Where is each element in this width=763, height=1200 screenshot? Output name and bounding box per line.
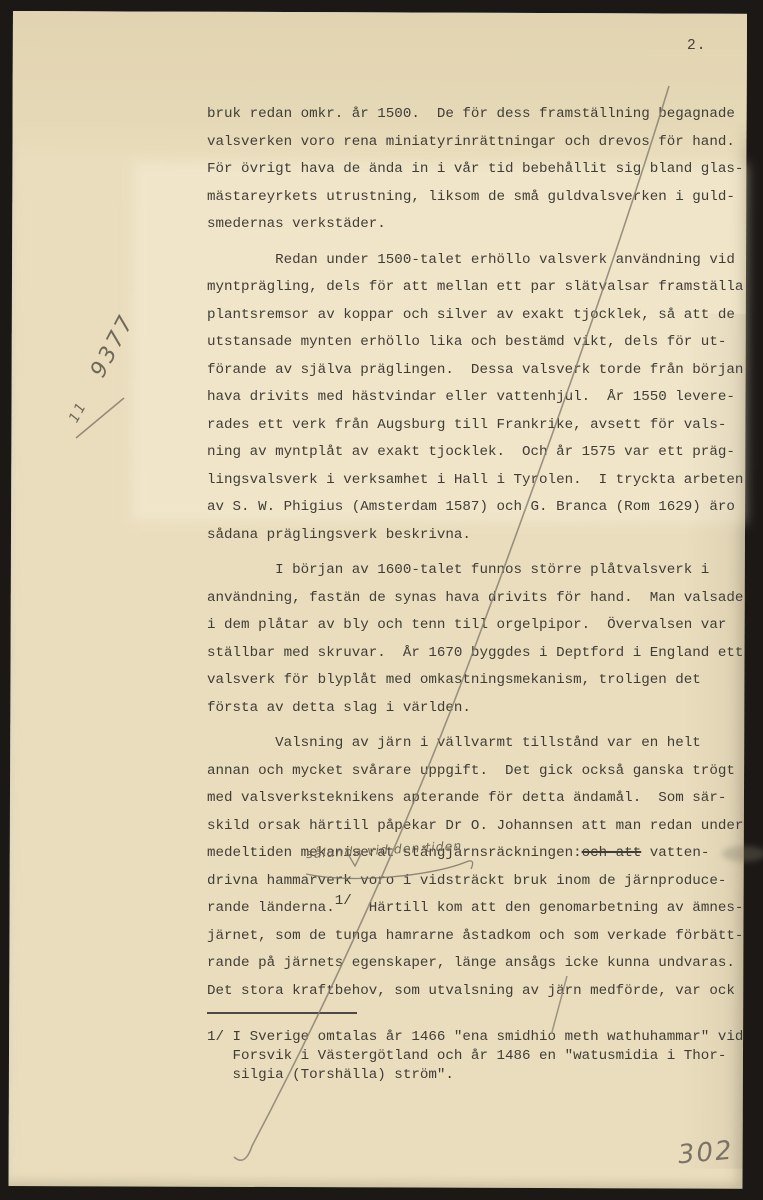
typed-line: smedernas verkstäder. [207, 211, 752, 239]
handwritten-archive-number: 302 [677, 1136, 735, 1171]
typed-line: rades ett verk från Augsburg till Frankr… [207, 412, 752, 440]
typed-line: skild orsak härtill påpekar Dr O. Johann… [207, 813, 752, 841]
footnote-line: Forsvik i Västergötland och år 1486 en "… [207, 1047, 743, 1066]
typed-line: i dem plåtar av bly och tenn till orgelp… [207, 612, 752, 640]
footnote-line: 1/ I Sverige omtalas år 1466 "ena smidhi… [207, 1028, 743, 1047]
typed-line: ning av myntplåt av exakt tjocklek. Och … [207, 439, 752, 467]
struck-text: och att [582, 845, 642, 861]
typed-line: första av detta slag i världen. [207, 695, 752, 723]
typed-line-with-footnote-ref: rande länderna.1/ Härtill kom att den ge… [207, 895, 752, 923]
typed-line: ställbar med skruvar. År 1670 byggdes i … [207, 640, 752, 668]
typed-line: lingsvalsverk i verksamhet i Hall i Tyro… [207, 467, 752, 495]
typed-line: mästareyrkets utrustning, liksom de små … [207, 184, 752, 212]
footnote: 1/ I Sverige omtalas år 1466 "ena smidhi… [207, 1028, 743, 1085]
typed-line: För övrigt hava de ända in i vår tid beb… [207, 156, 752, 184]
typed-line: annan och mycket svårare uppgift. Det gi… [207, 758, 752, 786]
typed-line: myntprägling, dels för att mellan ett pa… [207, 274, 752, 302]
typed-text: rande länderna. [207, 900, 335, 916]
typed-line: Det stora kraftbehov, som utvalsning av … [207, 978, 752, 1006]
page-number: 2. [687, 38, 706, 54]
typed-line: av S. W. Phigius (Amsterdam 1587) och G.… [207, 494, 752, 522]
typed-line: med valsverksteknikens apterande för det… [207, 785, 752, 813]
footnote-line: silgia (Torshälla) ström". [207, 1066, 743, 1085]
typed-line: rande på järnets egenskaper, länge ansåg… [207, 950, 752, 978]
typed-body: bruk redan omkr. år 1500. De för dess fr… [207, 101, 752, 1005]
footnote-reference: 1/ [335, 893, 352, 909]
typed-line: järnet, som de tunga hamrarne åstadkom o… [207, 923, 752, 951]
typed-line-paragraph-start: Valsning av järn i vällvarmt tillstånd v… [207, 730, 752, 758]
typed-line: förande av själva präglingen. Dessa vals… [207, 357, 752, 385]
typed-line: drivna hammarverk voro i vidsträckt bruk… [207, 868, 752, 896]
typed-line-paragraph-start: Redan under 1500-talet erhöllo valsverk … [207, 247, 752, 275]
typed-line-with-strikethrough: medeltiden mekaniserat stångjärnsräcknin… [207, 840, 752, 868]
typed-line: användning, fastän de synas hava drivits… [207, 585, 752, 613]
typed-text: vatten- [641, 845, 709, 861]
scan-background: 2. bruk redan omkr. år 1500. De för dess… [0, 0, 763, 1200]
typed-line: utstansade mynten erhöllo lika och bestä… [207, 329, 752, 357]
typed-line: plantsremsor av koppar och silver av exa… [207, 302, 752, 330]
typed-text: Härtill kom att den genomarbetning av äm… [352, 900, 744, 916]
typed-line: hava drivits med hästvindar eller vatten… [207, 384, 752, 412]
typed-line-paragraph-start: I början av 1600-talet funnos större plå… [207, 557, 752, 585]
typed-line: valsverken voro rena miniatyrinrättninga… [207, 129, 752, 157]
typed-line: bruk redan omkr. år 1500. De för dess fr… [207, 101, 752, 129]
typed-line: sådana präglingsverk beskrivna. [207, 522, 752, 550]
typed-line: valsverk för blyplåt med omkastningsmeka… [207, 667, 752, 695]
footnote-separator [207, 1012, 357, 1014]
